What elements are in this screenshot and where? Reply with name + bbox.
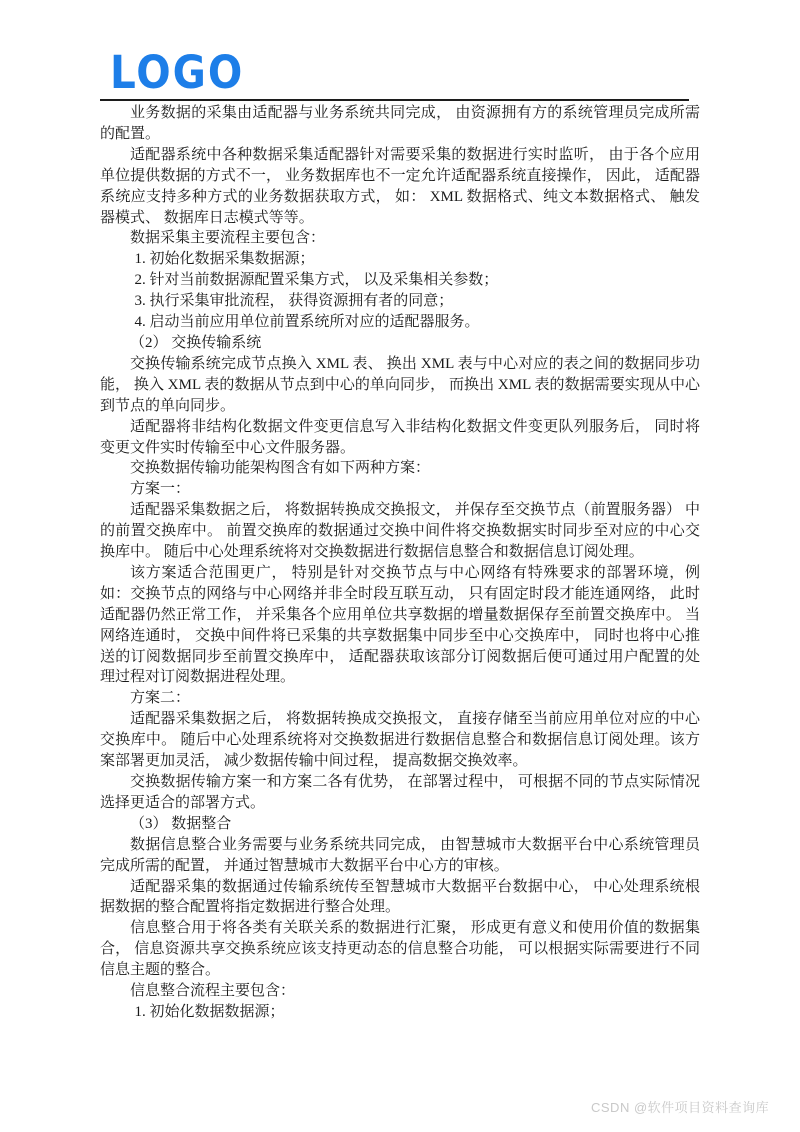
- list-item: 1. 初始化数据数据源；: [100, 1002, 700, 1023]
- paragraph: 信息整合用于将各类有关联关系的数据进行汇聚， 形成更有意义和使用价值的数据集合，…: [100, 918, 700, 981]
- logo-text: LOGO: [110, 50, 244, 96]
- paragraph: 该方案适合范围更广， 特别是针对交换节点与中心网络有特殊要求的部署环境，例如：交…: [100, 563, 700, 688]
- paragraph: 数据信息整合业务需要与业务系统共同完成， 由智慧城市大数据平台中心系统管理员完成…: [100, 835, 700, 877]
- paragraph: 业务数据的采集由适配器与业务系统共同完成， 由资源拥有方的系统管理员完成所需的配…: [100, 103, 700, 145]
- watermark-text: CSDN @软件项目资料查询库: [591, 1100, 769, 1115]
- paragraph: 适配器系统中各种数据采集适配器针对需要采集的数据进行实时监听， 由于各个应用单位…: [100, 145, 700, 229]
- paragraph: 适配器将非结构化数据文件变更信息写入非结构化数据文件变更队列服务后， 同时将变更…: [100, 417, 700, 459]
- header-divider: [100, 99, 689, 101]
- paragraph: 数据采集主要流程主要包含：: [100, 228, 700, 249]
- paragraph: 信息整合流程主要包含：: [100, 981, 700, 1002]
- paragraph: 适配器采集的数据通过传输系统传至智慧城市大数据平台数据中心， 中心处理系统根据数…: [100, 877, 700, 919]
- document-page: LOGO 业务数据的采集由适配器与业务系统共同完成， 由资源拥有方的系统管理员完…: [0, 0, 800, 1132]
- paragraph: 方案二：: [100, 688, 700, 709]
- watermark: CSDN @软件项目资料查询库: [591, 1100, 769, 1116]
- list-item: 2. 针对当前数据源配置采集方式， 以及采集相关参数；: [100, 270, 700, 291]
- paragraph: 交换数据传输方案一和方案二各有优势， 在部署过程中， 可根据不同的节点实际情况选…: [100, 772, 700, 814]
- paragraph: 方案一：: [100, 479, 700, 500]
- list-item: 4. 启动当前应用单位前置系统所对应的适配器服务。: [100, 312, 700, 333]
- list-item: 3. 执行采集审批流程， 获得资源拥有者的同意；: [100, 291, 700, 312]
- paragraph: 交换传输系统完成节点换入 XML 表、 换出 XML 表与中心对应的表之间的数据…: [100, 354, 700, 417]
- paragraph: 交换数据传输功能架构图含有如下两种方案：: [100, 458, 700, 479]
- paragraph: 适配器采集数据之后， 将数据转换成交换报文， 并保存至交换节点（前置服务器） 中…: [100, 500, 700, 563]
- section-heading: （2） 交换传输系统: [100, 333, 700, 354]
- section-heading: （3） 数据整合: [100, 814, 700, 835]
- paragraph: 适配器采集数据之后， 将数据转换成交换报文， 直接存储至当前应用单位对应的中心交…: [100, 709, 700, 772]
- list-item: 1. 初始化数据采集数据源；: [100, 249, 700, 270]
- document-body: 业务数据的采集由适配器与业务系统共同完成， 由资源拥有方的系统管理员完成所需的配…: [100, 103, 700, 1023]
